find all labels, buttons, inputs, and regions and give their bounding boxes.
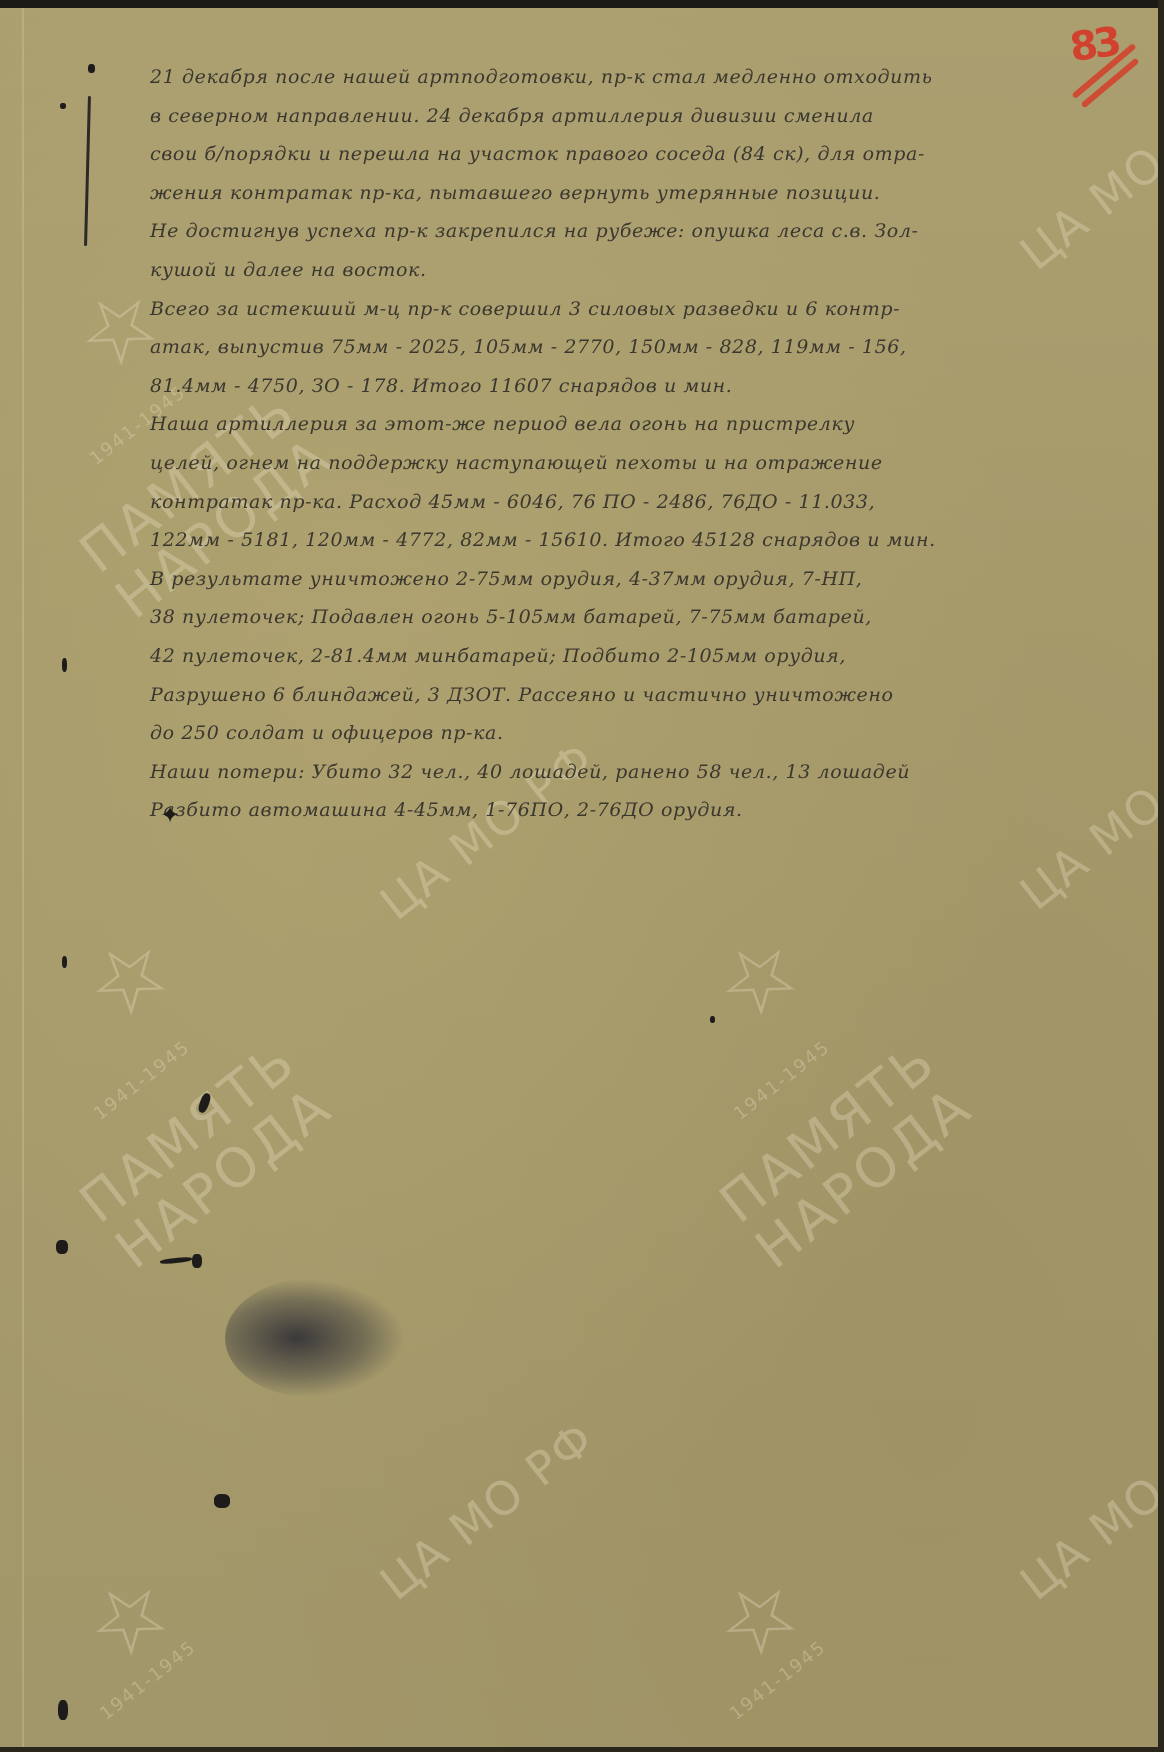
ink-speck <box>62 658 67 672</box>
watermark-star-icon: ☆ <box>70 918 189 1039</box>
watermark-line-1: ПАМЯТЬ <box>710 1031 947 1234</box>
text-line: жения контратак пр-ка, пытавшего вернуть… <box>150 174 1150 213</box>
watermark-archive: ПАМЯТЬ НАРОДА <box>70 1031 343 1280</box>
margin-mark <box>84 96 91 246</box>
watermark-line-1: ПАМЯТЬ <box>70 1031 307 1234</box>
ink-speck <box>197 1092 212 1114</box>
scan-border <box>0 1747 1164 1752</box>
text-line: Наша артиллерия за этот-же период вела о… <box>150 405 1150 444</box>
end-mark-icon: ✦ <box>160 804 188 826</box>
text-line: Не достигнув успеха пр-к закрепился на р… <box>150 212 1150 251</box>
text-line: кушой и далее на восток. <box>150 251 1150 290</box>
watermark-owner: ЦА МО РФ <box>1010 1411 1158 1611</box>
watermark-line-2: НАРОДА <box>746 1076 983 1279</box>
ink-speck <box>62 956 67 968</box>
text-line: 122мм - 5181, 120мм - 4772, 82мм - 15610… <box>150 521 1150 560</box>
watermark-years: 1941-1945 <box>90 1037 194 1125</box>
text-line: Разбито автомашина 4-45мм, 1-76ПО, 2-76Д… <box>150 791 1150 830</box>
ink-speck <box>58 1700 68 1720</box>
watermark-star-icon: ☆ <box>700 918 819 1039</box>
text-line: свои б/порядки и перешла на участок прав… <box>150 135 1150 174</box>
text-line: 42 пулеточек, 2-81.4мм минбатарей; Подби… <box>150 637 1150 676</box>
watermark-star-icon: ☆ <box>70 1558 189 1679</box>
text-line: Разрушено 6 блиндажей, 3 ДЗОТ. Рассеяно … <box>150 676 1150 715</box>
text-line: 38 пулеточек; Подавлен огонь 5-105мм бат… <box>150 598 1150 637</box>
watermark-archive: ПАМЯТЬ НАРОДА <box>710 1031 983 1280</box>
text-line: контратак пр-ка. Расход 45мм - 6046, 76 … <box>150 483 1150 522</box>
ink-speck <box>710 1016 715 1023</box>
text-line: 81.4мм - 4750, ЗО - 178. Итого 11607 сна… <box>150 367 1150 406</box>
ink-speck <box>88 64 95 73</box>
scan-border <box>1158 0 1164 1752</box>
text-line: атак, выпустив 75мм - 2025, 105мм - 2770… <box>150 328 1150 367</box>
watermark-years: 1941-1945 <box>726 1637 830 1725</box>
ink-speck <box>214 1494 230 1508</box>
ink-speck <box>56 1240 68 1254</box>
watermark-star-icon: ☆ <box>700 1558 819 1679</box>
ink-blot <box>225 1278 405 1398</box>
ink-speck <box>60 103 66 109</box>
text-line: до 250 солдат и офицеров пр-ка. <box>150 714 1150 753</box>
watermark-years: 1941-1945 <box>730 1037 834 1125</box>
text-line: В результате уничтожено 2-75мм орудия, 4… <box>150 560 1150 599</box>
text-line: 21 декабря после нашей артподготовки, пр… <box>150 58 1150 97</box>
watermark-years: 1941-1945 <box>96 1637 200 1725</box>
watermark-line-2: НАРОДА <box>106 1076 343 1279</box>
text-line: в северном направлении. 24 декабря артил… <box>150 97 1150 136</box>
handwritten-text: 21 декабря после нашей артподготовки, пр… <box>150 58 1150 830</box>
ink-speck <box>192 1254 202 1268</box>
document-page: ☆ 1941-1945 ПАМЯТЬ НАРОДА ЦА МО РФ ЦА МО… <box>0 8 1158 1748</box>
page-fold <box>22 8 24 1748</box>
text-line: Наши потери: Убито 32 чел., 40 лошадей, … <box>150 753 1150 792</box>
watermark-owner: ЦА МО РФ <box>370 1411 605 1611</box>
text-line: целей, огнем на поддержку наступающей пе… <box>150 444 1150 483</box>
ink-speck <box>160 1256 192 1264</box>
text-line: Всего за истекший м-ц пр-к совершил 3 си… <box>150 290 1150 329</box>
